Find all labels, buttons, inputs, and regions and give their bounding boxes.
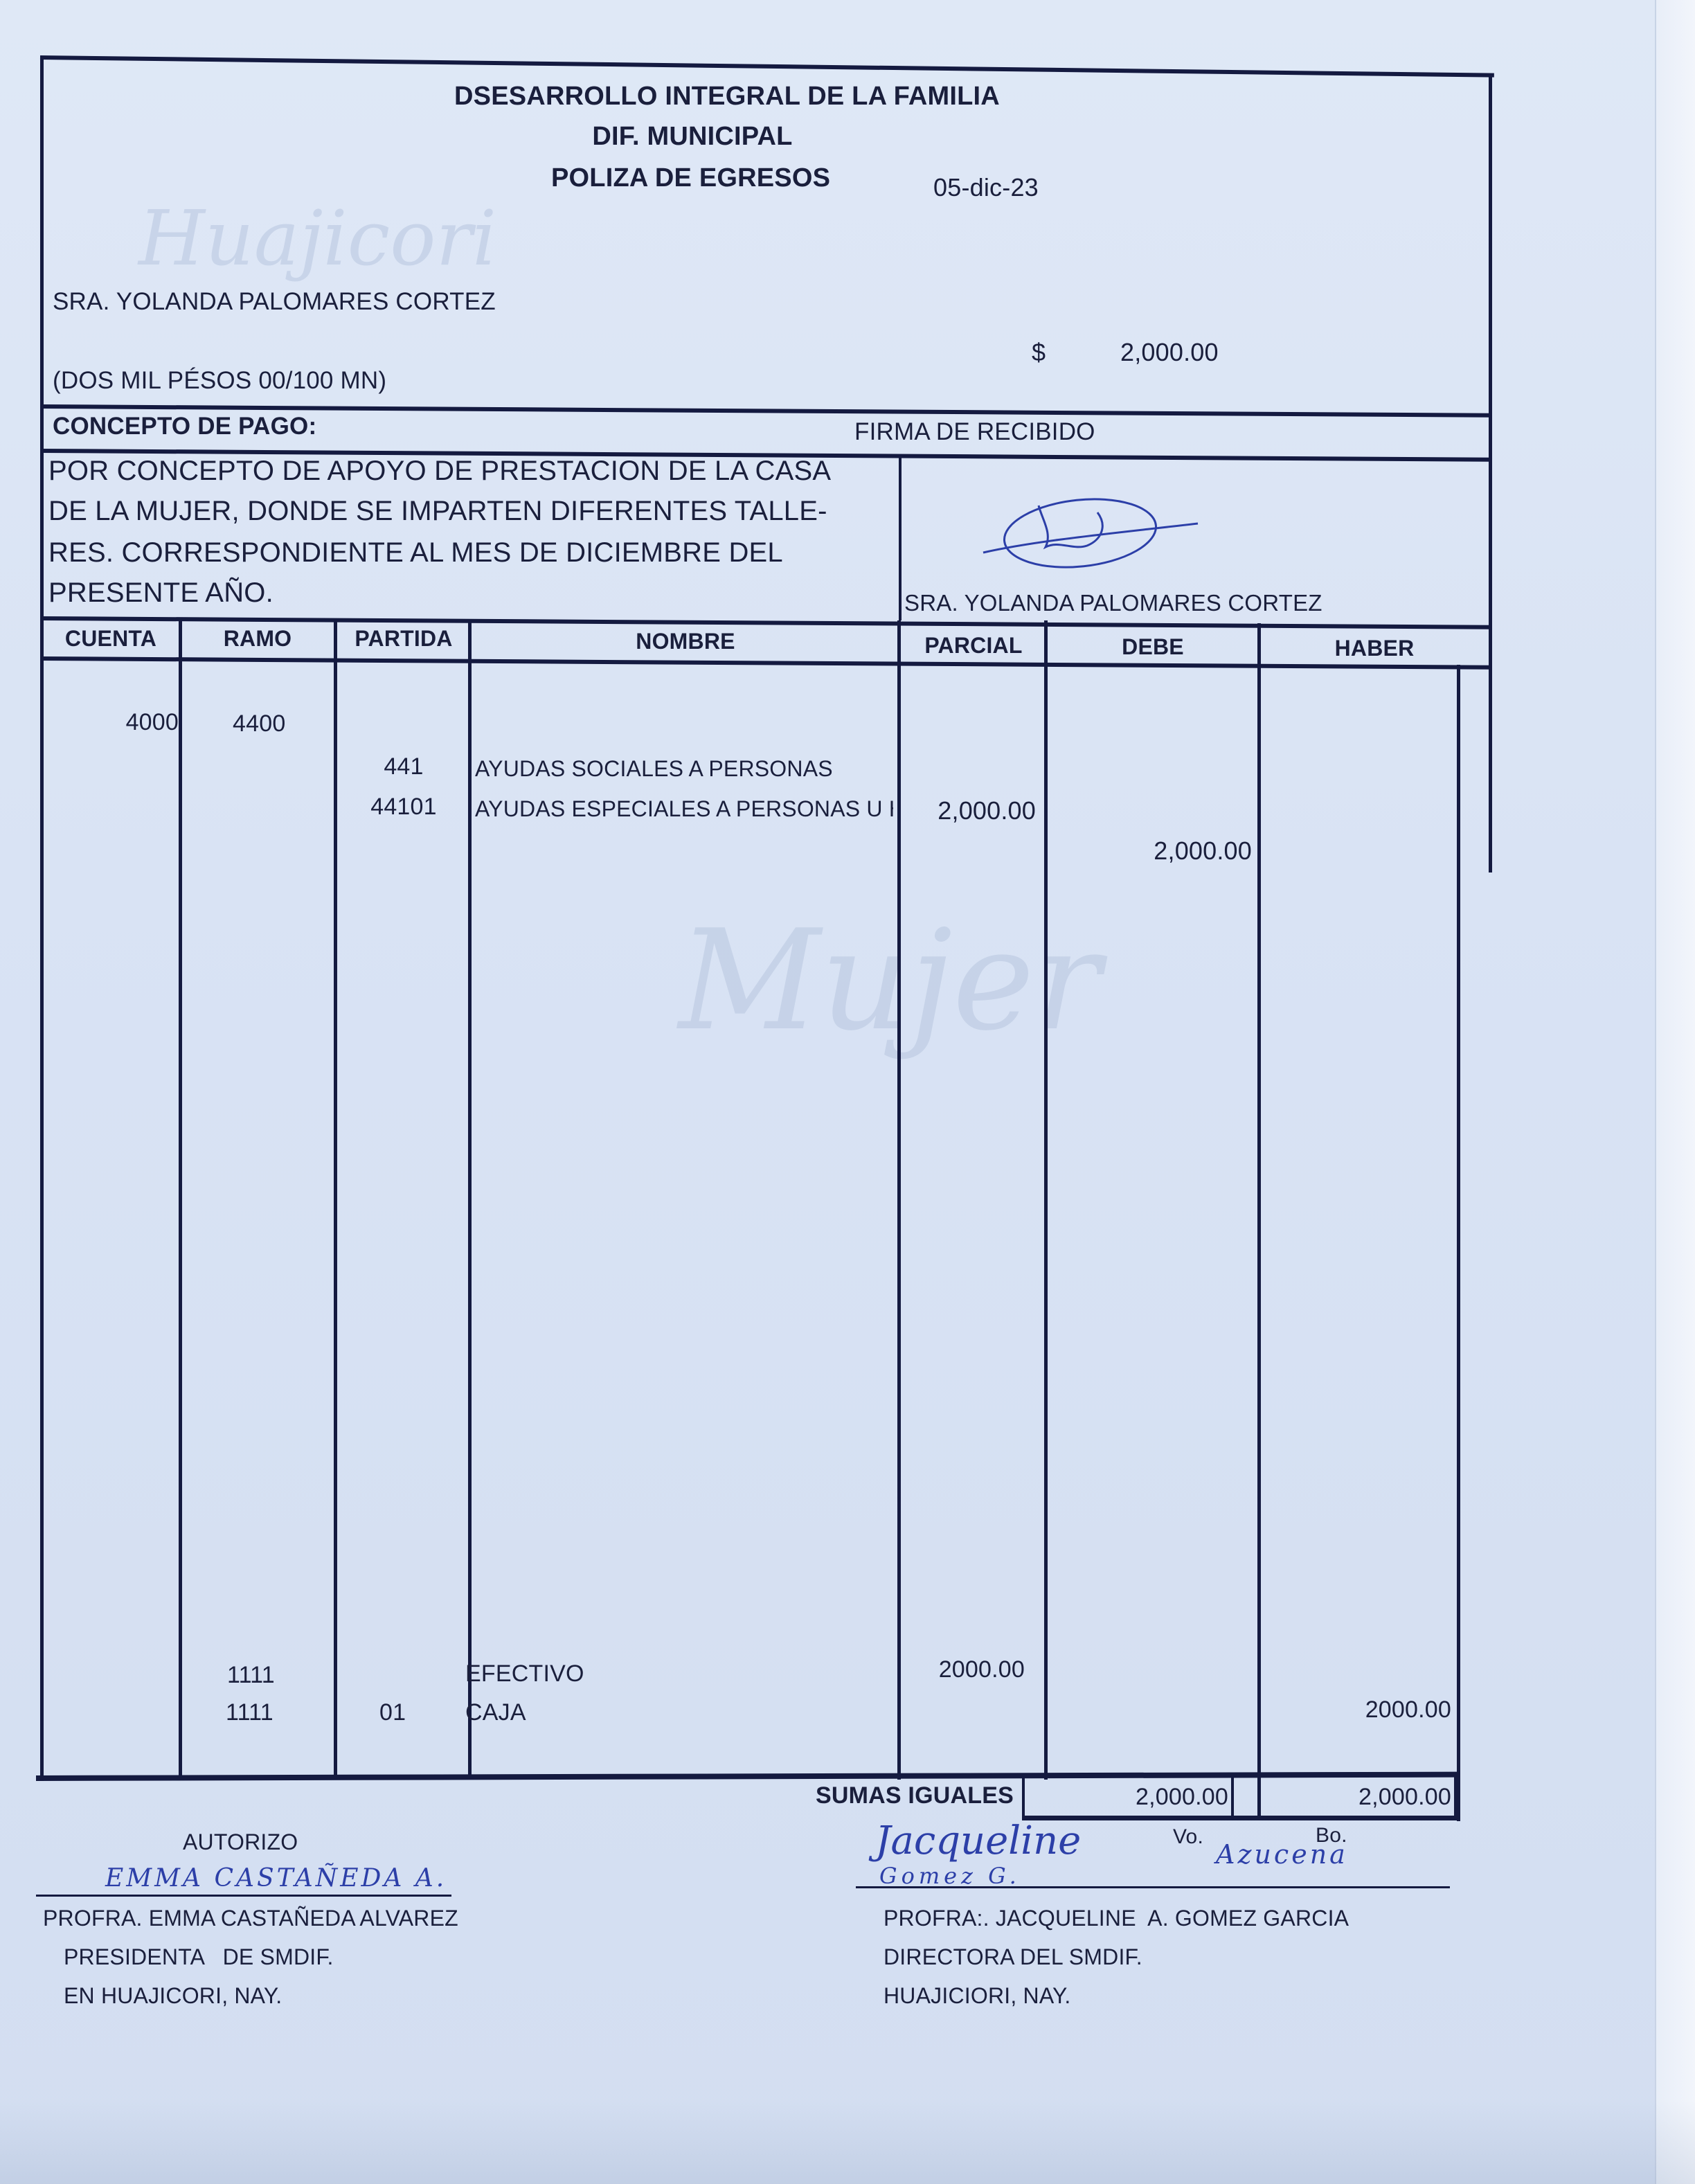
totals-label: SUMAS IGUALES <box>816 1782 1014 1809</box>
totals-box-left <box>1022 1777 1025 1818</box>
col-line <box>179 620 182 1780</box>
doc-title: POLIZA DE EGRESOS <box>551 163 830 193</box>
cell-partida: 441 <box>338 753 469 780</box>
cell-nombre: AYUDAS SOCIALES A PERSONAS <box>475 756 833 782</box>
paper-edge <box>1655 0 1695 2184</box>
border-right <box>1489 76 1492 872</box>
scan-shadow <box>0 2101 1695 2184</box>
total-haber: 2,000.00 <box>1237 1784 1451 1811</box>
concept-line: POR CONCEPTO DE APOYO DE PRESTACION DE L… <box>48 456 831 487</box>
cell-cuenta: 4000 <box>69 709 179 736</box>
watermark-text: Huajicori <box>138 194 496 283</box>
director-handwriting-surname: Gomez G. <box>879 1863 1021 1889</box>
concept-line: PRESENTE AÑO. <box>48 578 273 609</box>
col-line <box>897 620 901 1780</box>
signature-line-left <box>36 1895 451 1897</box>
border-right-lower <box>1457 665 1460 1821</box>
director-role: DIRECTORA DEL SMDIF. <box>884 1944 1142 1970</box>
concept-label: CONCEPTO DE PAGO: <box>53 413 316 440</box>
col-header-partida: PARTIDA <box>338 626 469 652</box>
totals-box-bottom <box>1022 1816 1457 1820</box>
authorizer-handwriting: EMMA CASTAÑEDA A. <box>105 1864 447 1892</box>
signature-label: FIRMA DE RECIBIDO <box>854 418 1095 446</box>
authorizer-name: PROFRA. EMMA CASTAÑEDA ALVAREZ <box>43 1906 458 1931</box>
currency-symbol: $ <box>1032 338 1046 367</box>
cell-ramo: 4400 <box>233 710 285 737</box>
cell-debe: 2,000.00 <box>1047 836 1252 866</box>
org-subtitle: DIF. MUNICIPAL <box>443 122 942 152</box>
amount-in-words: (DOS MIL PÉSOS 00/100 MN) <box>53 367 386 395</box>
payee-amount: 2,000.00 <box>1120 338 1219 367</box>
cell-parcial: 2000.00 <box>893 1656 1025 1683</box>
vo-label: Vo. <box>1173 1825 1203 1849</box>
cell-partida: 01 <box>379 1699 406 1726</box>
recipient-signature <box>976 492 1205 575</box>
col-line <box>1257 623 1261 1820</box>
col-header-ramo: RAMO <box>181 626 334 652</box>
cell-ramo: 1111 <box>227 1662 275 1689</box>
col-header-nombre: NOMBRE <box>471 629 900 654</box>
col-header-cuenta: CUENTA <box>43 626 179 652</box>
cell-ramo: 1111 <box>226 1699 273 1726</box>
col-header-parcial: PARCIAL <box>902 633 1046 659</box>
watermark-text: Mujer <box>679 900 1101 1062</box>
director-place: HUAJICIORI, NAY. <box>884 1983 1071 2009</box>
authorize-caption: AUTORIZO <box>183 1829 298 1855</box>
doc-date: 05-dic-23 <box>933 173 1039 202</box>
col-line <box>1044 620 1048 1780</box>
cell-partida: 44101 <box>338 794 469 821</box>
cell-nombre: EFECTIVO <box>465 1661 584 1688</box>
director-name: PROFRA:. JACQUELINE A. GOMEZ GARCIA <box>884 1906 1349 1931</box>
border-top <box>40 55 1494 78</box>
org-title: DSESARROLLO INTEGRAL DE LA FAMILIA <box>443 82 1011 111</box>
director-handwriting: Jacqueline <box>875 1818 1081 1863</box>
signature-line-right <box>856 1886 1450 1888</box>
col-header-haber: HABER <box>1260 636 1489 661</box>
total-debe: 2,000.00 <box>1028 1784 1228 1811</box>
signer-name: SRA. YOLANDA PALOMARES CORTEZ <box>904 590 1322 616</box>
concept-line: DE LA MUJER, DONDE SE IMPARTEN DIFERENTE… <box>48 496 827 527</box>
border-left <box>40 57 44 1781</box>
payee-name: SRA. YOLANDA PALOMARES CORTEZ <box>53 288 496 316</box>
totals-box-mid <box>1231 1777 1234 1818</box>
cell-haber: 2000.00 <box>1260 1697 1451 1724</box>
totals-box-right <box>1454 1777 1458 1818</box>
col-line <box>334 620 337 1780</box>
cell-nombre: CAJA <box>465 1699 526 1726</box>
authorizer-role: PRESIDENTA DE SMDIF. <box>64 1944 334 1970</box>
concept-divider-vertical <box>899 454 902 620</box>
concept-line: RES. CORRESPONDIENTE AL MES DE DICIEMBRE… <box>48 537 783 569</box>
bo-label: Bo. <box>1316 1824 1347 1847</box>
col-header-debe: DEBE <box>1047 634 1259 660</box>
table-bottom-rule <box>36 1772 1458 1781</box>
cell-parcial: 2,000.00 <box>900 796 1036 825</box>
authorizer-place: EN HUAJICORI, NAY. <box>64 1983 282 2009</box>
cell-nombre: AYUDAS ESPECIALES A PERSONAS U H <box>475 796 893 822</box>
